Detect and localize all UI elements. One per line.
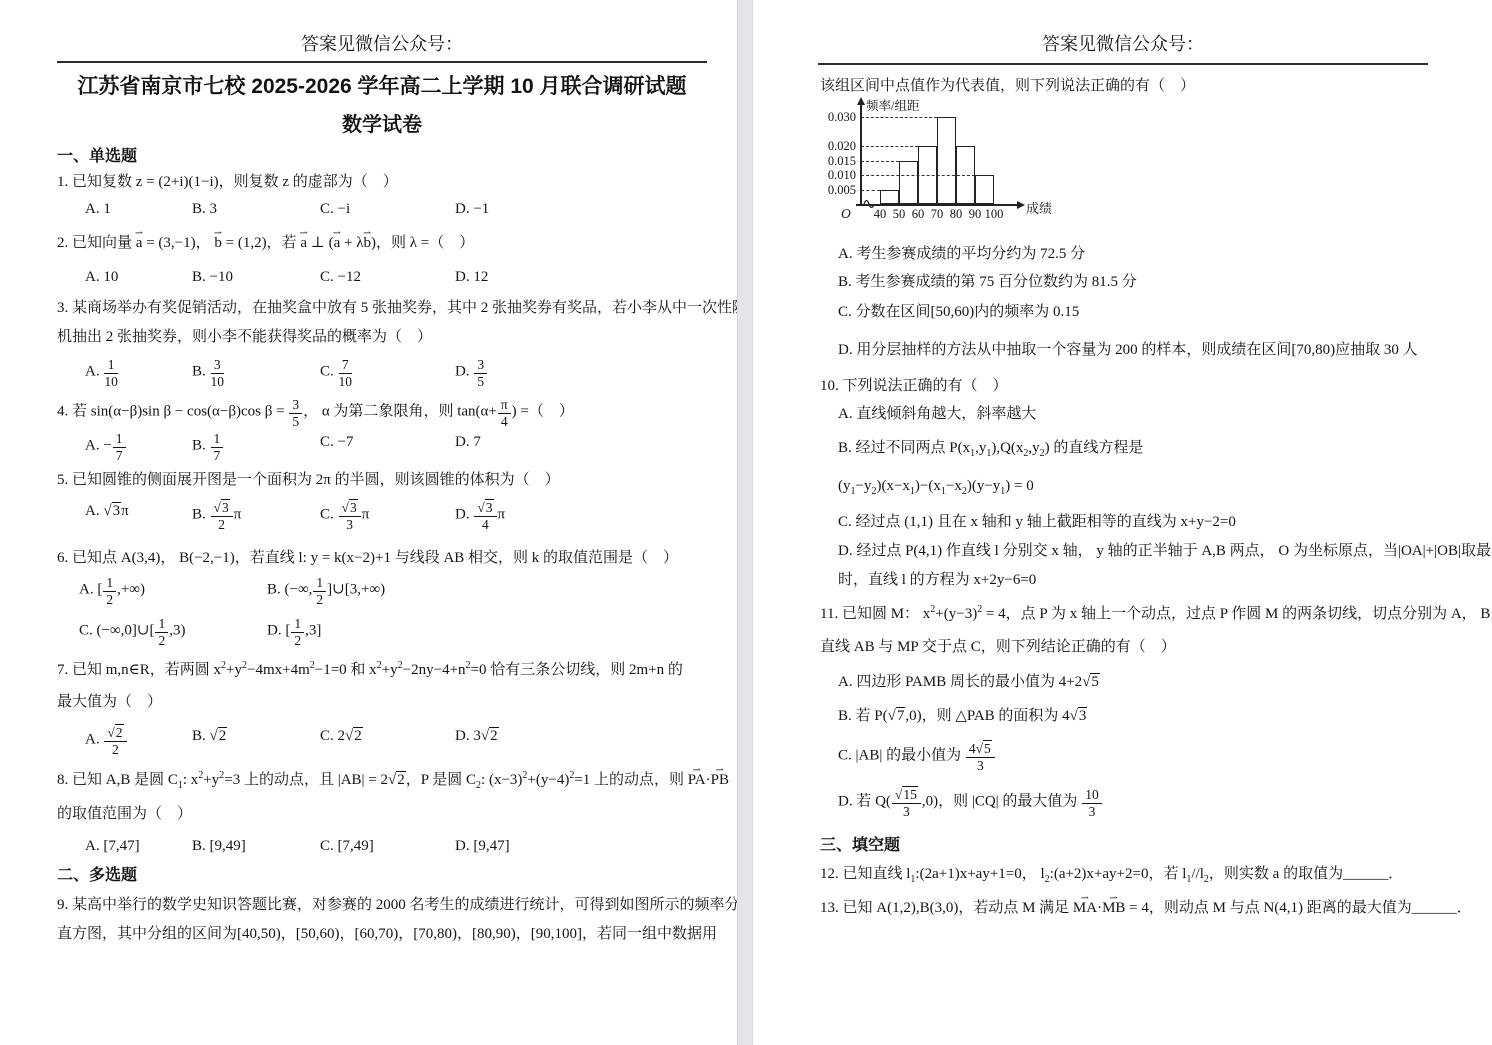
option-d: D. 若 Q(√153,0)，则 |CQ| 的最大值为 103 [838, 788, 1103, 819]
option-a: A. [7,47] [85, 836, 140, 856]
y-axis-label: 频率/组距 [866, 96, 919, 114]
question-2: 2. 已知向量 a = (3,−1)， b = (1,2)，若 a ⊥ (a +… [57, 233, 474, 253]
exam-title: 江苏省南京市七校 2025-2026 学年高二上学期 10 月联合调研试题 [57, 77, 707, 97]
question-8-line2: 的取值范围为（ ） [57, 804, 192, 824]
y-tick-label: 0.005 [812, 183, 856, 197]
option-d: D. [12,3] [267, 617, 321, 648]
question-11-line1: 11. 已知圆 M： x2+(y−3)2 = 4，点 P 为 x 轴上一个动点，… [820, 604, 1492, 624]
histogram-bar [975, 175, 994, 204]
option-b: B. 经过不同两点 P(x1,y1),Q(x2,y2) 的直线方程是 [838, 438, 1143, 458]
option-c: C. 2√2 [320, 726, 363, 746]
option-a: A. [12,+∞) [79, 576, 145, 607]
gridline [861, 117, 937, 118]
options-q1: A. 1 B. 3 C. −i D. −1 [57, 199, 717, 233]
option-c: C. [7,49] [320, 836, 374, 856]
question-9-line2: 直方图，其中分组的区间为[40,50)，[50,60)，[60,70)，[70,… [57, 924, 717, 944]
option-b: B. √2 [192, 726, 227, 746]
option-a: A. √3π [85, 501, 129, 521]
x-tick-label: 50 [889, 207, 909, 221]
option-d-line2: 时，直线 l 的方程为 x+2y−6=0 [838, 570, 1036, 590]
option-c: C. 710 [320, 358, 353, 389]
options-q6-row1: A. [12,+∞) B. (−∞,12]∪[3,+∞) [57, 576, 717, 610]
question-5: 5. 已知圆锥的侧面展开图是一个面积为 2π 的半圆，则该圆锥的体积为（ ） [57, 470, 560, 490]
option-b: B. 3 [192, 199, 217, 219]
question-3-line2: 机抽出 2 张抽奖券，则小李不能获得奖品的概率为（ ） [57, 327, 432, 347]
page-gap [737, 0, 753, 1045]
option-d: D. 用分层抽样的方法从中抽取一个容量为 200 的样本，则成绩在区间[70,8… [838, 340, 1418, 360]
options-q3: A. 110 B. 310 C. 710 D. 35 [57, 358, 717, 392]
option-c: C. −7 [320, 432, 353, 452]
origin-label: O [841, 206, 851, 222]
x-tick-label: 70 [927, 207, 947, 221]
question-10: 10. 下列说法正确的有（ ） [820, 376, 1008, 396]
option-c: C. |AB| 的最小值为 4√53 [838, 742, 996, 773]
question-9-line3: 该组区间中点值作为代表值，则下列说法正确的有（ ） [820, 76, 1195, 96]
option-d: D. 35 [455, 358, 488, 389]
x-axis-arrow-icon [1017, 201, 1025, 209]
x-axis [856, 204, 1018, 206]
question-1: 1. 已知复数 z = (2+i)(1−i)，则复数 z 的虚部为（ ） [57, 172, 398, 192]
option-a: A. 110 [85, 358, 119, 389]
option-c: C. √33π [320, 501, 369, 532]
y-tick-label: 0.010 [812, 168, 856, 182]
y-tick-label: 0.030 [812, 110, 856, 124]
options-q8: A. [7,47] B. [9,49] C. [7,49] D. [9,47] [57, 836, 717, 870]
option-b: B. (−∞,12]∪[3,+∞) [267, 576, 385, 607]
option-d: D. −1 [455, 199, 489, 219]
option-a: A. √22 [85, 726, 128, 757]
x-axis-label: 成绩 [1026, 198, 1052, 217]
question-6: 6. 已知点 A(3,4)， B(−2,−1)，若直线 l: y = k(x−2… [57, 548, 678, 568]
x-tick-label: 60 [908, 207, 928, 221]
option-a: A. 10 [85, 267, 118, 287]
question-7-line1: 7. 已知 m,n∈R，若两圆 x2+y2−4mx+4m2−1=0 和 x2+y… [57, 660, 683, 680]
option-b: B. 310 [192, 358, 225, 389]
option-c: C. (−∞,0]∪[12,3) [79, 617, 185, 648]
header-note: 答案见微信公众号： [818, 34, 1428, 54]
header-note: 答案见微信公众号： [57, 34, 707, 54]
option-b-equation: (y1−y2)(x−x1)−(x1−x2)(y−y1) = 0 [838, 476, 1034, 496]
section-single-choice: 一、单选题 [57, 147, 137, 167]
option-a: A. 直线倾斜角越大，斜率越大 [838, 404, 1036, 424]
header-rule [57, 61, 707, 63]
gridline [861, 146, 918, 147]
option-d-line1: D. 经过点 P(4,1) 作直线 l 分别交 x 轴， y 轴的正半轴于 A,… [838, 541, 1492, 561]
option-d: D. 3√2 [455, 726, 499, 746]
y-tick-label: 0.015 [812, 154, 856, 168]
histogram-bar [880, 190, 899, 205]
option-d: D. [9,47] [455, 836, 510, 856]
option-a: A. −17 [85, 432, 127, 463]
option-c: C. 经过点 (1,1) 且在 x 轴和 y 轴上截距相等的直线为 x+y−2=… [838, 512, 1236, 532]
option-c: C. 分数在区间[50,60)内的频率为 0.15 [838, 302, 1079, 322]
section-fill-blank: 三、填空题 [820, 836, 900, 856]
y-axis-arrow-icon [857, 97, 865, 105]
question-7-line2: 最大值为（ ） [57, 692, 162, 712]
option-b: B. 若 P(√7,0)，则 △PAB 的面积为 4√3 [838, 706, 1087, 726]
histogram-bar [899, 161, 918, 205]
question-4: 4. 若 sin(α−β)sin β − cos(α−β)cos β = 35，… [57, 398, 574, 429]
option-c: C. −12 [320, 267, 361, 287]
x-tick-label: 40 [870, 207, 890, 221]
option-a: A. 1 [85, 199, 111, 219]
gridline [861, 175, 975, 176]
x-tick-label: 80 [946, 207, 966, 221]
exam-subtitle: 数学试卷 [57, 115, 707, 135]
y-tick-label: 0.020 [812, 139, 856, 153]
question-11-line2: 直线 AB 与 MP 交于点 C，则下列结论正确的有（ ） [820, 637, 1176, 657]
options-q5: A. √3π B. √32π C. √33π D. √34π [57, 501, 717, 535]
section-multi-choice: 二、多选题 [57, 866, 137, 886]
page-right: 答案见微信公众号： 该组区间中点值作为代表值，则下列说法正确的有（ ） 频率/组… [753, 0, 1492, 1045]
option-d: D. 12 [455, 267, 488, 287]
question-12: 12. 已知直线 l1:(2a+1)x+ay+1=0， l2:(a+2)x+ay… [820, 864, 1403, 884]
gridline [861, 161, 899, 162]
x-tick-label: 100 [984, 207, 1004, 221]
question-8-line1: 8. 已知 A,B 是圆 C1: x2+y2=3 上的动点，且 |AB| = 2… [57, 770, 729, 790]
option-b: B. −10 [192, 267, 233, 287]
option-a: A. 四边形 PAMB 周长的最小值为 4+2√5 [838, 672, 1100, 692]
option-a: A. 考生参赛成绩的平均分约为 72.5 分 [838, 244, 1085, 264]
options-q7: A. √22 B. √2 C. 2√2 D. 3√2 [57, 726, 717, 760]
option-c: C. −i [320, 199, 350, 219]
x-tick-label: 90 [965, 207, 985, 221]
gridline [861, 190, 880, 191]
options-q4: A. −17 B. 17 C. −7 D. 7 [57, 432, 717, 466]
header-rule [818, 63, 1428, 65]
question-9-line1: 9. 某高中举行的数学史知识答题比赛，对参赛的 2000 名考生的成绩进行统计，… [57, 895, 755, 915]
option-b: B. √32π [192, 501, 241, 532]
option-d: D. 7 [455, 432, 481, 452]
question-13: 13. 已知 A(1,2),B(3,0)，若动点 M 满足 MA·MB = 4，… [820, 898, 1472, 918]
options-q2: A. 10 B. −10 C. −12 D. 12 [57, 267, 717, 301]
option-d: D. √34π [455, 501, 505, 532]
question-3-line1: 3. 某商场举办有奖促销活动，在抽奖盒中放有 5 张抽奖券，其中 2 张抽奖券有… [57, 298, 747, 318]
option-b: B. 考生参赛成绩的第 75 百分位数约为 81.5 分 [838, 272, 1137, 292]
option-b: B. 17 [192, 432, 224, 463]
option-b: B. [9,49] [192, 836, 246, 856]
page-left: 答案见微信公众号： 江苏省南京市七校 2025-2026 学年高二上学期 10 … [0, 0, 737, 1045]
histogram-bar [937, 117, 956, 204]
options-q6-row2: C. (−∞,0]∪[12,3) D. [12,3] [57, 617, 717, 651]
histogram: 频率/组距 成绩 O 0.0050.0100.0150.0200.0304050… [812, 100, 1067, 232]
